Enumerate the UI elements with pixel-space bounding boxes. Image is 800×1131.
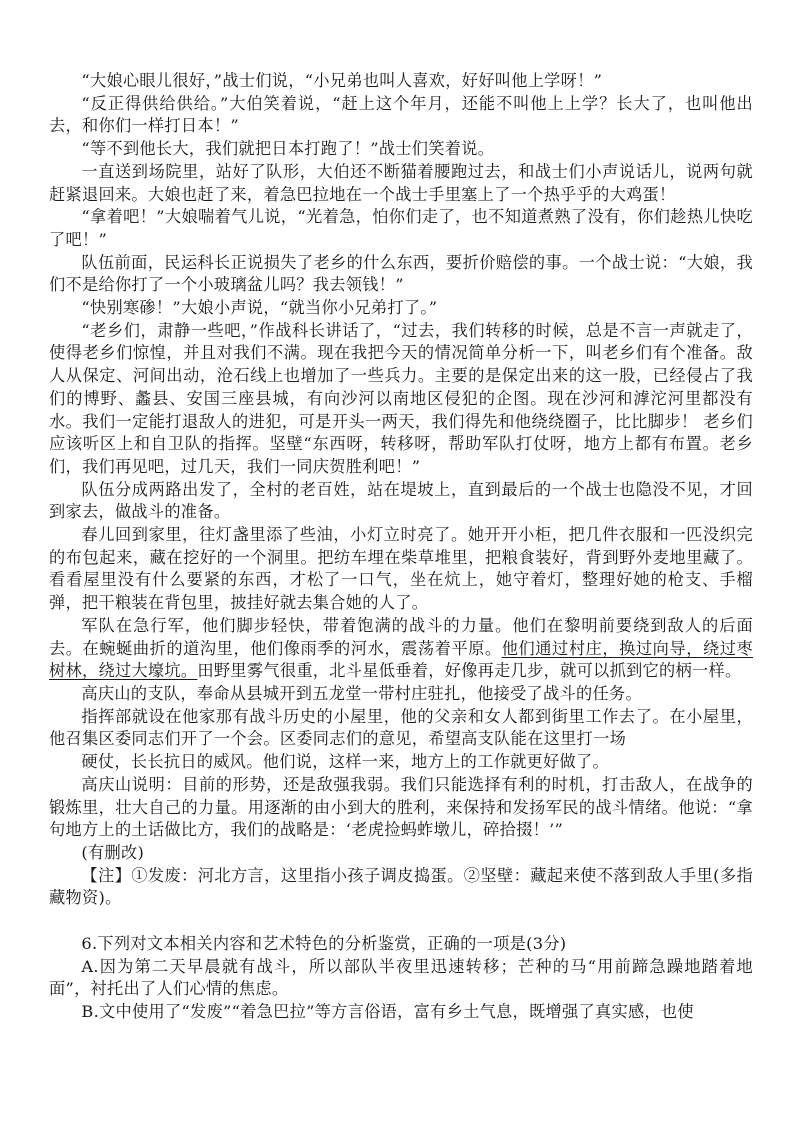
passage-paragraph: 指挥部就设在他家那有战斗历史的小屋里，他的父亲和女人都到街里工作去了。在小屋里，… bbox=[49, 706, 753, 751]
march-text-after: 田野里雾气很重，北斗星低垂着，好像再走几步，就可以抓到它的柄一样。 bbox=[197, 661, 741, 680]
option-b: B.文中使用了“发废”“着急巴拉”等方言俗语，富有乡土气息，既增强了真实感，也使 bbox=[49, 1001, 753, 1024]
passage-paragraph: 春儿回到家里，往灯盏里添了些油，小灯立时亮了。她开开小柜，把几件衣服和一匹没织完… bbox=[49, 524, 753, 615]
passage-paragraph: 队伍分成两路出发了，全村的老百姓，站在堤坡上，直到最后的一个战士也隐没不见，才回… bbox=[49, 479, 753, 524]
passage-paragraph: 队伍前面，民运科长正说损失了老乡的什么东西，要折价赔偿的事。一个战士说：“大娘，… bbox=[49, 252, 753, 297]
exam-page: “大娘心眼儿很好，”战士们说，“小兄弟也叫人喜欢，好好叫他上学呀！” “反正得供… bbox=[49, 70, 753, 1024]
passage-paragraph: “大娘心眼儿很好，”战士们说，“小兄弟也叫人喜欢，好好叫他上学呀！” bbox=[49, 70, 753, 93]
passage-paragraph: “反正得供给供给。”大伯笑着说，“赶上这个年月，还能不叫他上上学？长大了，也叫他… bbox=[49, 93, 753, 138]
passage-paragraph: 高庆山说明：目前的形势，还是敌强我弱。我们只能选择有利的时机，打击敌人，在战争的… bbox=[49, 774, 753, 842]
section-gap bbox=[49, 910, 753, 933]
question-6: 6.下列对文本相关内容和艺术特色的分析鉴赏，正确的一项是(3分) A.因为第二天… bbox=[49, 933, 753, 1024]
passage-paragraph: “老乡们，肃静一些吧，”作战科长讲话了，“过去，我们转移的时候，总是不言一声就走… bbox=[49, 320, 753, 479]
question-stem: 6.下列对文本相关内容和艺术特色的分析鉴赏，正确的一项是(3分) bbox=[49, 933, 753, 956]
passage-paragraph: 一直送到场院里，站好了队形，大伯还不断猫着腰跑过去，和战士们小声说话儿，说两句就… bbox=[49, 161, 753, 206]
passage-paragraph: 硬仗，长长抗日的威风。他们说，这样一来，地方上的工作就更好做了。 bbox=[49, 751, 753, 774]
option-a: A.因为第二天早晨就有战斗，所以部队半夜里迅速转移；芒种的马“用前蹄急躁地踏着地… bbox=[49, 956, 753, 1001]
passage-paragraph: “等不到他长大，我们就把日本打跑了！”战士们笑着说。 bbox=[49, 138, 753, 161]
march-paragraph: 军队在急行军，他们脚步轻快，带着饱满的战斗的力量。他们在黎明前要绕到敌人的后面去… bbox=[49, 615, 753, 683]
passage-paragraph: “快别寒碜！”大娘小声说，“就当你小兄弟打了。” bbox=[49, 297, 753, 320]
annotation-note: 【注】①发废：河北方言，这里指小孩子调皮捣蛋。②坚壁：藏起来使不落到敌人手里(多… bbox=[49, 865, 753, 910]
passage-paragraph: “拿着吧！”大娘喘着气儿说，“光着急，怕你们走了，也不知道煮熟了没有，你们趁热儿… bbox=[49, 206, 753, 251]
reading-passage: “大娘心眼儿很好，”战士们说，“小兄弟也叫人喜欢，好好叫他上学呀！” “反正得供… bbox=[49, 70, 753, 910]
passage-paragraph: 高庆山的支队，奉命从县城开到五龙堂一带村庄驻扎，他接受了战斗的任务。 bbox=[49, 683, 753, 706]
edited-note: (有删改) bbox=[49, 842, 753, 865]
